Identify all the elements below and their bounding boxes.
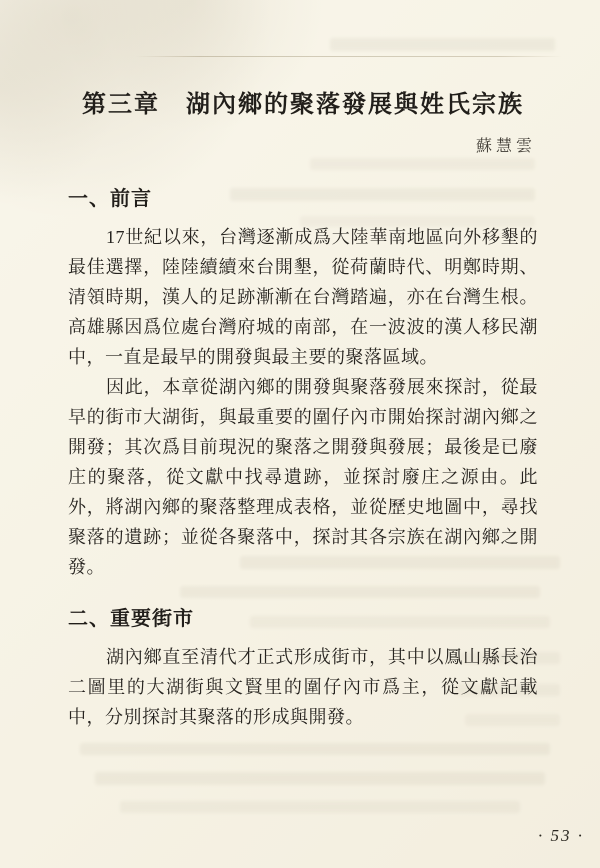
text-line: 早的街市大湖街，與最重要的圍仔內市開始探討湖內鄉之	[68, 402, 538, 432]
scanned-book-page: 第三章 湖內鄉的聚落發展與姓氏宗族 蘇慧雲 一、前言 17世紀以來，台灣逐漸成爲…	[0, 0, 600, 868]
section-heading: 一、前言	[68, 184, 538, 214]
text-line: 中，分別探討其聚落的形成與開發。	[68, 702, 538, 732]
page-number: · 53 ·	[538, 826, 584, 846]
author-name: 蘇慧雲	[68, 136, 538, 158]
paragraph: 17世紀以來，台灣逐漸成爲大陸華南地區向外移墾的 最佳選擇，陸陸續續來台開墾，從…	[68, 222, 538, 372]
bleedthrough-mark	[95, 772, 545, 785]
text-line: 清領時期，漢人的足跡漸漸在台灣踏遍，亦在台灣生根。	[68, 282, 538, 312]
text-line: 聚落的遺跡；並從各聚落中，探討其各宗族在湖內鄉之開	[68, 522, 538, 552]
page-content: 第三章 湖內鄉的聚落發展與姓氏宗族 蘇慧雲 一、前言 17世紀以來，台灣逐漸成爲…	[68, 0, 538, 732]
text-line: 17世紀以來，台灣逐漸成爲大陸華南地區向外移墾的	[68, 222, 538, 252]
paragraph: 湖內鄉直至清代才正式形成街市，其中以鳳山縣長治 二圖里的大湖街與文賢里的圍仔內市…	[68, 642, 538, 732]
text-line: 開發；其次爲目前現況的聚落之開發與發展；最後是已廢	[68, 432, 538, 462]
text-line: 高雄縣因爲位處台灣府城的南部，在一波波的漢人移民潮	[68, 312, 538, 342]
text-line: 湖內鄉直至清代才正式形成街市，其中以鳳山縣長治	[68, 642, 538, 672]
section-important-markets: 二、重要街市 湖內鄉直至清代才正式形成街市，其中以鳳山縣長治 二圖里的大湖街與文…	[68, 604, 538, 732]
bleedthrough-mark	[120, 801, 520, 813]
text-line: 外，將湖內鄉的聚落整理成表格，並從歷史地圖中，尋找	[68, 492, 538, 522]
text-line: 因此，本章從湖內鄉的開發與聚落發展來探討，從最	[68, 372, 538, 402]
section-heading: 二、重要街市	[68, 604, 538, 634]
text-line: 庄的聚落，從文獻中找尋遺跡，並探討廢庄之源由。此	[68, 462, 538, 492]
text-line: 中，一直是最早的開發與最主要的聚落區域。	[68, 342, 538, 372]
text-line: 最佳選擇，陸陸續續來台開墾，從荷蘭時代、明鄭時期、	[68, 252, 538, 282]
paragraph: 因此，本章從湖內鄉的開發與聚落發展來探討，從最 早的街市大湖街，與最重要的圍仔內…	[68, 372, 538, 582]
text-line: 二圖里的大湖街與文賢里的圍仔內市爲主，從文獻記載	[68, 672, 538, 702]
text-line: 發。	[68, 552, 538, 582]
chapter-title: 第三章 湖內鄉的聚落發展與姓氏宗族	[68, 88, 538, 122]
section-introduction: 一、前言 17世紀以來，台灣逐漸成爲大陸華南地區向外移墾的 最佳選擇，陸陸續續來…	[68, 184, 538, 582]
bleedthrough-mark	[80, 743, 550, 755]
